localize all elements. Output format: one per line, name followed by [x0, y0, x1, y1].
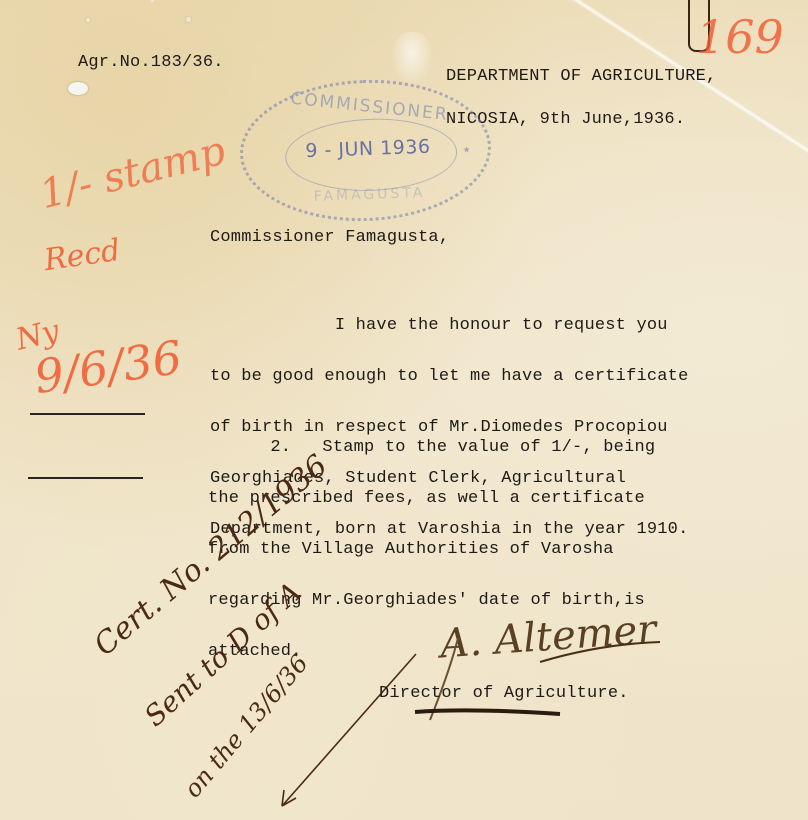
star-icon: ★ [463, 141, 471, 156]
paragraph-2-line: 2. Stamp to the value of 1/-, being [208, 439, 655, 456]
paragraph-2-line: from the Village Authorities of Varosha [208, 541, 655, 558]
red-note-received: Recd [42, 233, 122, 278]
letter-page: Agr.No.183/36. DEPARTMENT OF AGRICULTURE… [0, 0, 808, 820]
pin-hole [86, 18, 90, 22]
red-note-stamp: 1/- stamp [35, 128, 230, 218]
salutation: Commissioner Famagusta, [210, 228, 449, 247]
stamp-bottom-text: FAMAGUSTA [304, 185, 434, 206]
embossed-crown-seal [392, 32, 432, 84]
received-date-stamp: COMMISSIONER 9 - JUN 1936 FAMAGUSTA ★ [238, 76, 494, 226]
pin-hole [186, 17, 191, 22]
signature-strokes [410, 630, 670, 730]
folio-number: 169 [696, 10, 784, 64]
paper-crease [150, 0, 244, 3]
sender-department: DEPARTMENT OF AGRICULTURE, [446, 67, 716, 86]
paragraph-1-line: I have the honour to request you [210, 317, 688, 334]
paragraph-1-line: to be good enough to let me have a certi… [210, 368, 688, 385]
reference-number: Agr.No.183/36. [78, 53, 224, 72]
punch-hole [68, 82, 88, 95]
signoff-title: Director of Agriculture. [379, 684, 629, 703]
margin-rule [30, 413, 145, 415]
margin-rule [28, 477, 143, 479]
handwritten-arrow [270, 650, 420, 815]
